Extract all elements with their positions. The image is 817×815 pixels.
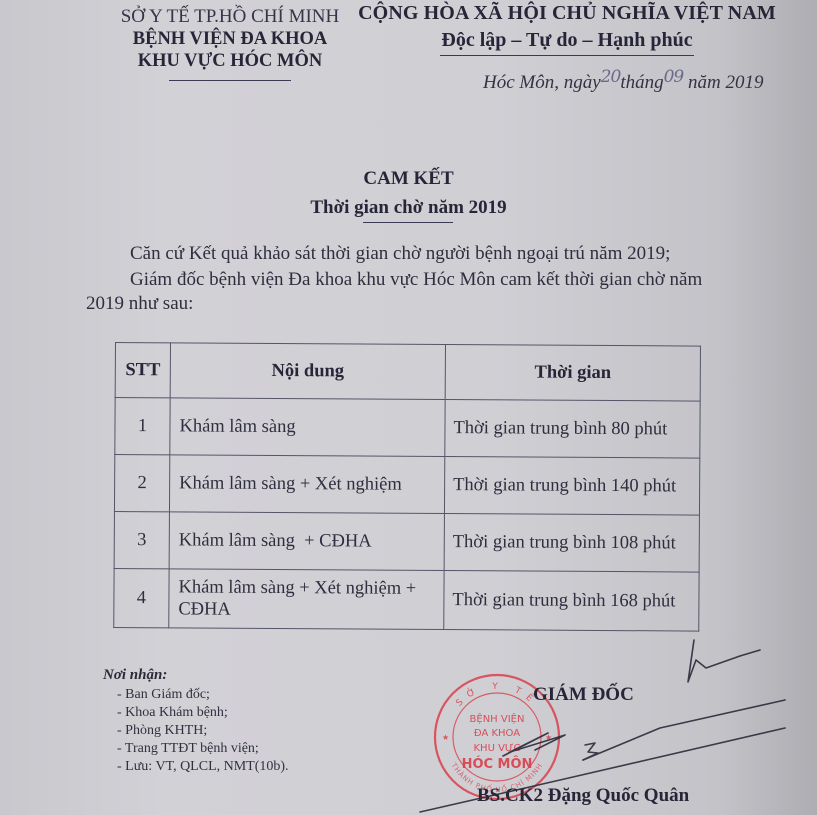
stamp-line3: KHU VỰC bbox=[474, 743, 521, 754]
recipient-item: Ban Giám đốc; bbox=[117, 686, 289, 704]
table-row: 2 Khám lâm sàng + Xét nghiệm Thời gian t… bbox=[114, 455, 699, 516]
date-place-prefix: Hóc Môn, ngày bbox=[483, 72, 601, 93]
hospital-name-line1: BỆNH VIỆN ĐA KHOA bbox=[80, 28, 380, 50]
column-header-stt: STT bbox=[115, 343, 170, 398]
row-stt: 2 bbox=[114, 455, 169, 512]
recipient-item: Trang TTĐT bệnh viện; bbox=[117, 740, 289, 758]
subtitle-divider bbox=[363, 222, 453, 223]
column-header-time: Thời gian bbox=[445, 345, 700, 402]
row-content: Khám lâm sàng + Xét nghiệm + CĐHA bbox=[169, 569, 444, 630]
country-name: CỘNG HÒA XÃ HỘI CHỦ NGHĨA VIỆT NAM bbox=[352, 0, 782, 26]
paragraph-basis: Căn cứ Kết quả khảo sát thời gian chờ ng… bbox=[130, 241, 670, 267]
stamp-line2: ĐA KHOA bbox=[474, 728, 520, 739]
svg-text:★: ★ bbox=[545, 733, 552, 742]
wait-time-table: STT Nội dung Thời gian 1 Khám lâm sàng T… bbox=[113, 342, 701, 632]
recipient-item: Khoa Khám bệnh; bbox=[117, 704, 289, 722]
table-row: 1 Khám lâm sàng Thời gian trung bình 80 … bbox=[115, 398, 700, 459]
row-time: Thời gian trung bình 80 phút bbox=[445, 400, 700, 459]
hospital-name-line2: KHU VỰC HÓC MÔN bbox=[80, 50, 380, 72]
row-time: Thời gian trung bình 140 phút bbox=[444, 457, 699, 516]
row-content-line: Khám lâm sàng + Xét nghiệm + bbox=[178, 576, 443, 600]
recipients-list: Ban Giám đốc; Khoa Khám bệnh; Phòng KHTH… bbox=[117, 686, 289, 776]
table-row: 4 Khám lâm sàng + Xét nghiệm + CĐHA Thời… bbox=[114, 568, 699, 631]
recipients-block: Nơi nhận: Ban Giám đốc; Khoa Khám bệnh; … bbox=[103, 667, 289, 776]
signatory-name: BS.CK2 Đặng Quốc Quân bbox=[477, 785, 689, 807]
document-subtitle: Thời gian chờ năm 2019 bbox=[0, 197, 817, 219]
national-motto: Độc lập – Tự do – Hạnh phúc bbox=[440, 28, 693, 56]
row-time: Thời gian trung bình 108 phút bbox=[444, 514, 699, 573]
stamp-line4: HÓC MÔN bbox=[462, 756, 533, 772]
signatory-title: GIÁM ĐỐC bbox=[533, 684, 634, 706]
row-stt: 4 bbox=[114, 568, 169, 627]
row-content: Khám lâm sàng bbox=[170, 398, 445, 457]
stamp-line1: BỆNH VIỆN bbox=[470, 712, 525, 725]
row-content-line: CĐHA bbox=[178, 598, 443, 622]
date-year: năm 2019 bbox=[688, 72, 763, 93]
date-day-handwritten: 20 bbox=[601, 67, 621, 87]
recipient-item: Phòng KHTH; bbox=[117, 722, 289, 740]
paragraph-commitment-cont: 2019 như sau: bbox=[86, 291, 193, 317]
paragraph-commitment: Giám đốc bệnh viện Đa khoa khu vực Hóc M… bbox=[130, 267, 702, 293]
department-name: SỞ Y TẾ TP.HỒ CHÍ MINH bbox=[80, 6, 380, 28]
row-stt: 1 bbox=[115, 398, 170, 455]
row-time: Thời gian trung bình 168 phút bbox=[444, 571, 699, 632]
date-month-label: tháng bbox=[620, 72, 663, 93]
date-month-handwritten: 09 bbox=[664, 67, 684, 87]
row-content-line: Khám lâm sàng bbox=[179, 415, 444, 439]
document-title: CAM KẾT bbox=[0, 168, 817, 190]
row-content-line: Khám lâm sàng + Xét nghiệm bbox=[179, 472, 444, 496]
column-header-content: Nội dung bbox=[170, 343, 445, 400]
row-content: Khám lâm sàng + Xét nghiệm bbox=[169, 455, 444, 514]
issuing-authority-block: SỞ Y TẾ TP.HỒ CHÍ MINH BỆNH VIỆN ĐA KHOA… bbox=[80, 6, 380, 81]
header-left-divider bbox=[169, 80, 291, 81]
svg-text:★: ★ bbox=[442, 733, 449, 742]
recipient-item: Lưu: VT, QLCL, NMT(10b). bbox=[117, 758, 289, 776]
row-content: Khám lâm sàng + CĐHA bbox=[169, 512, 444, 571]
document-date: Hóc Môn, ngày20tháng09 năm 2019 bbox=[483, 72, 763, 94]
table-row: 3 Khám lâm sàng + CĐHA Thời gian trung b… bbox=[114, 511, 699, 572]
national-motto-block: CỘNG HÒA XÃ HỘI CHỦ NGHĨA VIỆT NAM Độc l… bbox=[352, 0, 782, 56]
row-content-line: Khám lâm sàng + CĐHA bbox=[179, 529, 444, 553]
recipients-heading: Nơi nhận: bbox=[103, 667, 289, 684]
table-header-row: STT Nội dung Thời gian bbox=[115, 343, 700, 402]
row-stt: 3 bbox=[114, 511, 169, 568]
